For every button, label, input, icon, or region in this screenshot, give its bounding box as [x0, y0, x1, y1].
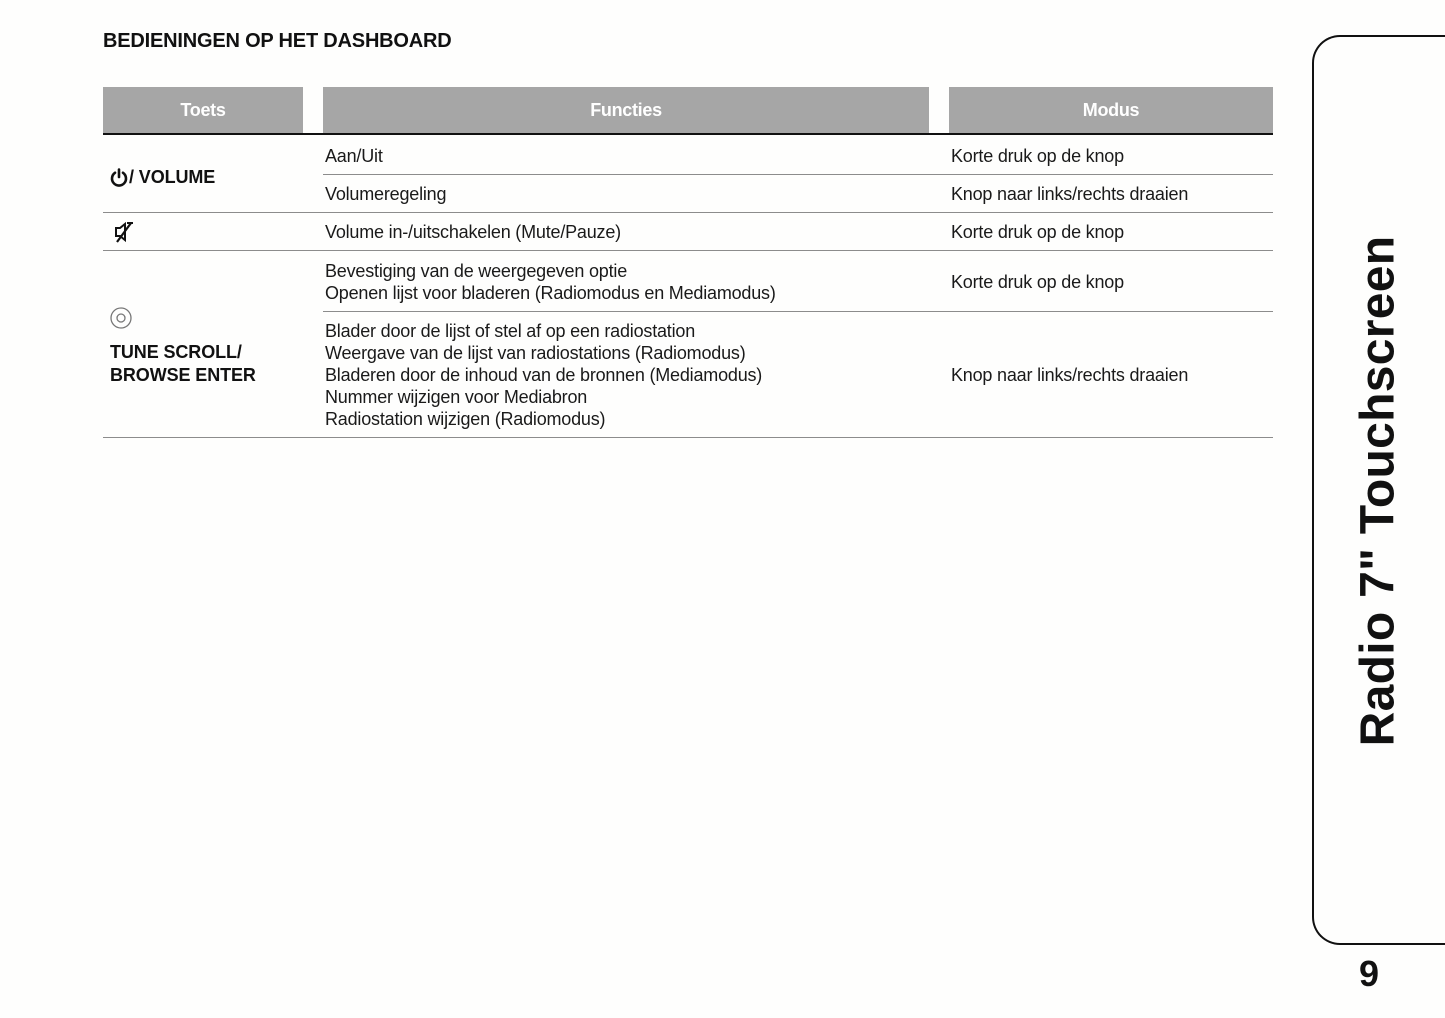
function-cell: Openen lijst voor bladeren (Radiomodus e…	[325, 282, 776, 304]
key-tune-scroll	[109, 306, 133, 330]
key-label-line-2: BROWSE ENTER	[110, 364, 256, 387]
function-cell: Aan/Uit	[325, 145, 383, 167]
function-cell: Radiostation wijzigen (Radiomodus)	[325, 408, 605, 430]
mode-cell: Knop naar links/rechts draaien	[951, 364, 1188, 386]
section-title: BEDIENINGEN OP HET DASHBOARD	[103, 30, 452, 53]
key-label-line-1: TUNE SCROLL/	[110, 341, 242, 364]
table-bottom-rule	[103, 437, 1273, 438]
function-cell: Blader door de lijst of stel af op een r…	[325, 320, 695, 342]
mute-icon	[113, 220, 135, 244]
mode-cell: Korte druk op de knop	[951, 145, 1124, 167]
key-label: / VOLUME	[129, 166, 215, 189]
header-rule	[103, 133, 1273, 135]
mode-cell: Korte druk op de knop	[951, 221, 1124, 243]
header-modus: Modus	[949, 87, 1273, 133]
function-cell: Nummer wijzigen voor Mediabron	[325, 386, 587, 408]
page-number: 9	[1352, 953, 1386, 995]
group-divider	[103, 212, 1273, 213]
function-cell: Bladeren door de inhoud van de bronnen (…	[325, 364, 762, 386]
function-cell: Volume in-/uitschakelen (Mute/Pauze)	[325, 221, 621, 243]
row-divider	[323, 174, 1273, 175]
table-header: Toets Functies Modus	[103, 87, 1273, 133]
header-toets: Toets	[103, 87, 303, 133]
function-cell: Bevestiging van de weergegeven optie	[325, 260, 627, 282]
mode-cell: Korte druk op de knop	[951, 271, 1124, 293]
key-power-volume: / VOLUME	[109, 166, 215, 189]
function-cell: Weergave van de lijst van radiostations …	[325, 342, 745, 364]
function-cell: Volumeregeling	[325, 183, 446, 205]
row-divider	[323, 311, 1273, 312]
header-functies: Functies	[323, 87, 929, 133]
group-divider	[103, 250, 1273, 251]
key-mute	[113, 220, 135, 244]
rotary-knob-icon	[109, 306, 133, 330]
power-icon	[109, 168, 129, 188]
chapter-title: Radio 7" Touchscreen	[1351, 236, 1406, 747]
mode-cell: Knop naar links/rechts draaien	[951, 183, 1188, 205]
